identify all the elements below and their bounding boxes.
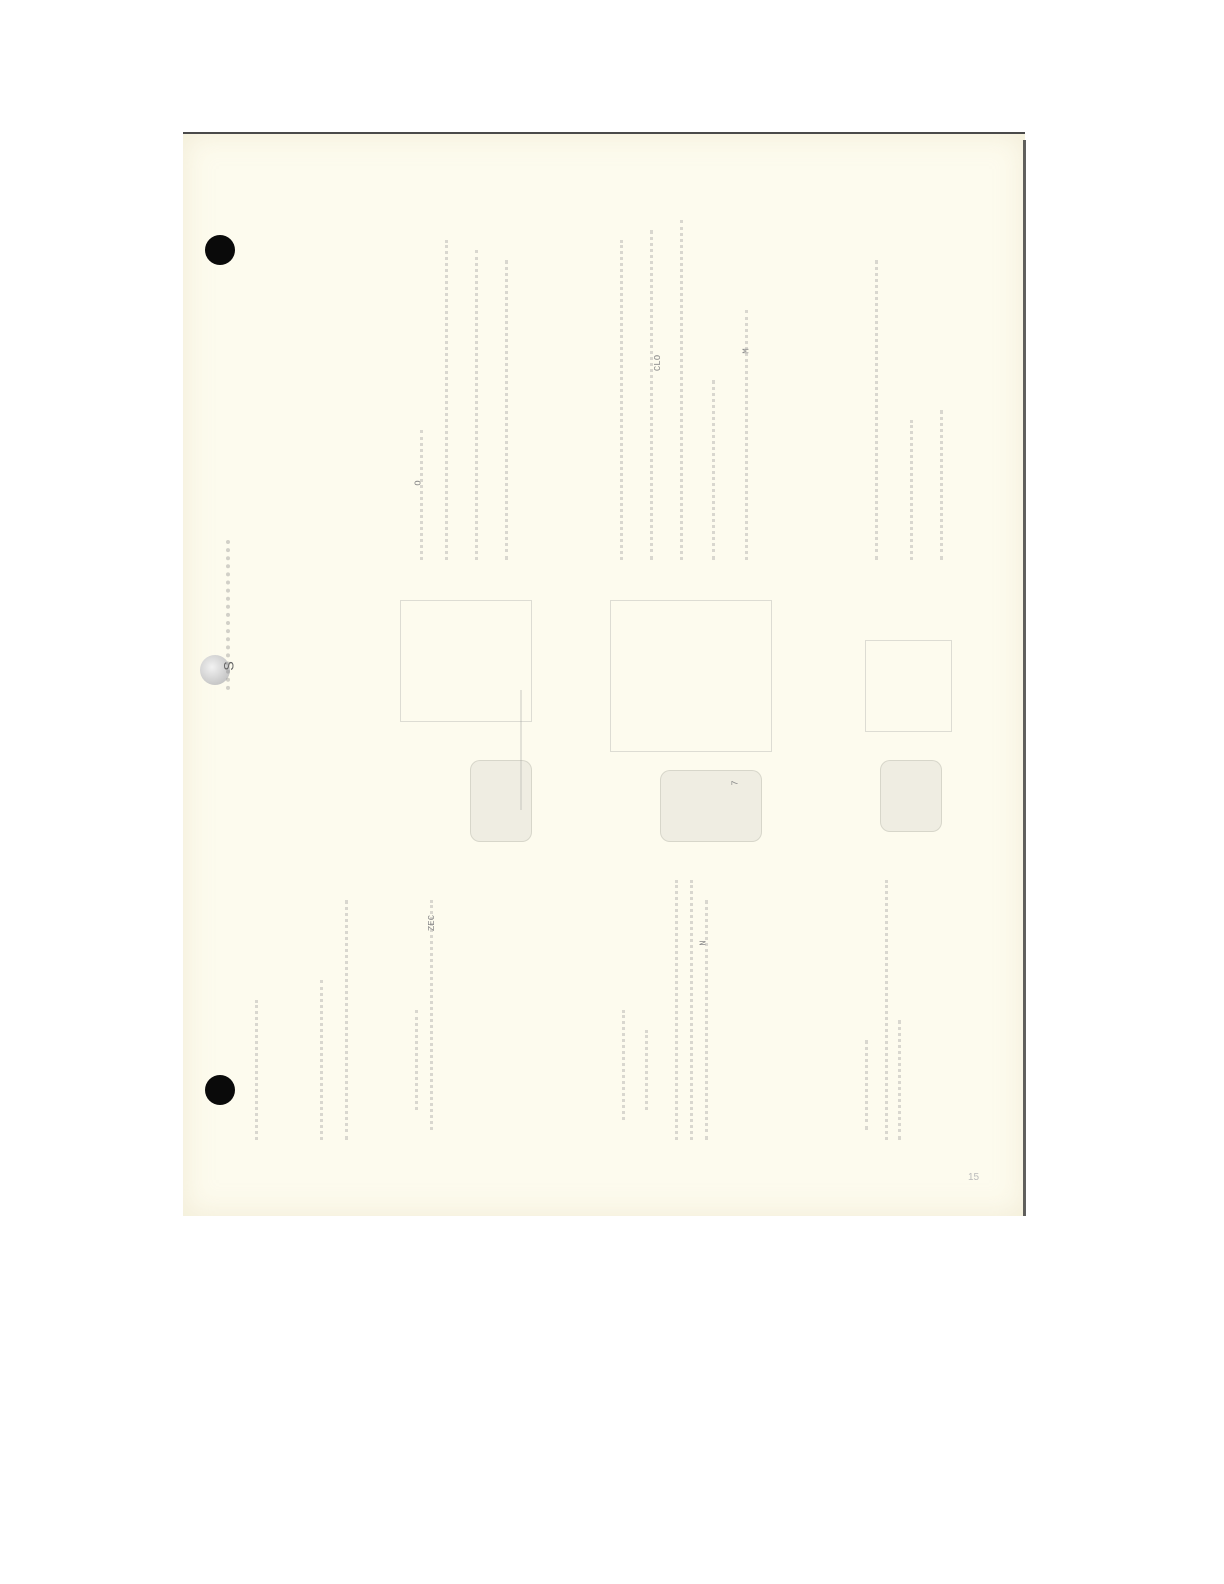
text-line: [650, 230, 657, 560]
text-line: [910, 420, 917, 560]
page-number: 15: [968, 1172, 979, 1183]
text-mark: ZEC: [427, 915, 437, 931]
component-diagram-3: [880, 760, 942, 832]
binder-hole-bottom: [205, 1075, 235, 1105]
component-diagram-2: [660, 770, 762, 842]
text-line: [415, 1010, 422, 1110]
text-line: [475, 250, 482, 560]
text-line: [620, 240, 627, 560]
text-line: [505, 260, 512, 560]
component-diagram-1: [470, 760, 532, 842]
text-line: [420, 430, 427, 560]
text-line: [680, 220, 687, 560]
text-mark: N: [699, 940, 709, 945]
diagram-table-1: [400, 600, 532, 722]
text-mark: O: [414, 480, 424, 485]
text-line: [445, 240, 452, 560]
text-line: [885, 880, 892, 1140]
page-right-edge: [1023, 140, 1026, 1216]
text-line: [875, 260, 882, 560]
text-mark: CLO: [653, 355, 663, 371]
text-line: [255, 1000, 262, 1140]
text-line: [940, 410, 947, 560]
text-line: [675, 880, 682, 1140]
diagram-table-3: [865, 640, 952, 732]
text-mark: M: [742, 348, 752, 353]
text-line: [690, 880, 697, 1140]
text-line: [320, 980, 327, 1140]
text-line: [898, 1020, 905, 1140]
diagram-mark: 7: [731, 780, 741, 785]
rotated-page-header: [226, 540, 260, 690]
diagram-table-2: [610, 600, 772, 752]
text-line: [622, 1010, 629, 1120]
text-line: [865, 1040, 872, 1130]
text-line: [705, 900, 712, 1140]
text-line: [712, 380, 719, 560]
text-line: [645, 1030, 652, 1110]
text-line: [430, 900, 437, 1130]
binder-hole-top: [205, 235, 235, 265]
page-top-edge: [183, 132, 1025, 134]
text-line: [345, 900, 352, 1140]
